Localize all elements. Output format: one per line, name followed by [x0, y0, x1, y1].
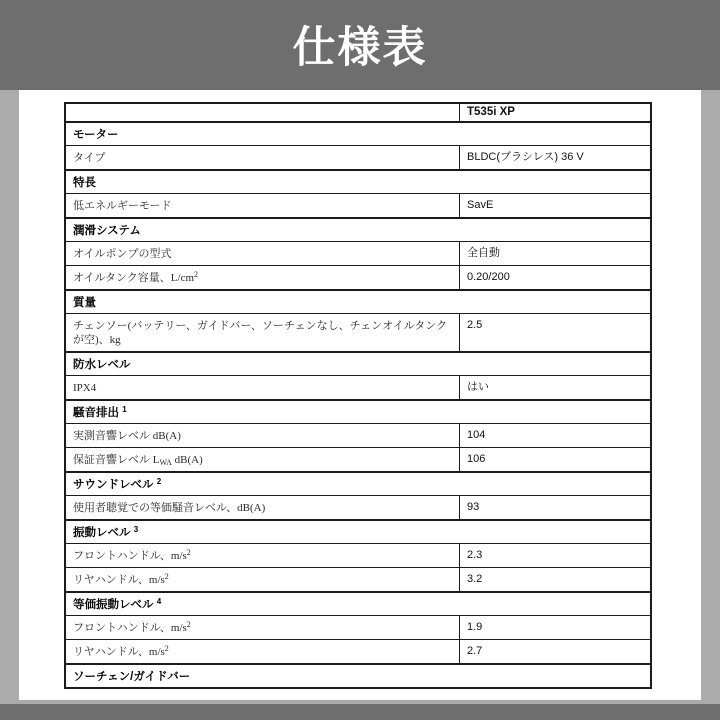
spec-label: 低エネルギーモード [66, 194, 460, 217]
title-banner: 仕様表 [0, 0, 720, 90]
section-row: 質量 [66, 289, 650, 313]
spec-label: オイルタンク容量、L/cm2 [66, 266, 460, 289]
section-row: 等価振動レベル 4 [66, 591, 650, 615]
table-row: IPX4はい [66, 375, 650, 399]
spec-label: タイプ [66, 146, 460, 169]
footnote-superscript: 3 [134, 525, 138, 534]
footnote-superscript: 2 [194, 270, 198, 279]
section-row: 潤滑システム [66, 217, 650, 241]
table-row: 使用者聴覚での等価騒音レベル、dB(A)93 [66, 495, 650, 519]
table-row: リヤハンドル、m/s22.7 [66, 639, 650, 663]
spec-value: 3.2 [460, 568, 650, 591]
spec-value: 104 [460, 424, 650, 447]
background: { "title": "仕様表", "colors": { "canvas_bg… [0, 0, 720, 720]
spec-label: IPX4 [66, 376, 460, 399]
table-row: フロントハンドル、m/s22.3 [66, 543, 650, 567]
spec-value: T535i XP [460, 104, 650, 121]
spec-label: チェンソー(バッテリー、ガイドバー、ソーチェンなし、チェンオイルタンクが空)、k… [66, 314, 460, 351]
spec-value: 93 [460, 496, 650, 519]
section-label: 質量 [66, 291, 650, 313]
section-row: 騒音排出 1 [66, 399, 650, 423]
footnote-superscript: 2 [157, 477, 161, 486]
footnote-superscript: 2 [165, 572, 169, 581]
table-row: 低エネルギーモードSavE [66, 193, 650, 217]
table-row: チェンソー(バッテリー、ガイドバー、ソーチェンなし、チェンオイルタンクが空)、k… [66, 313, 650, 351]
spec-value: 全自動 [460, 242, 650, 265]
document-viewer: T535i XPモータータイプBLDC(ブラシレス) 36 V特長低エネルギーモ… [0, 90, 720, 704]
spec-label: オイルポンプの型式 [66, 242, 460, 265]
table-row: 保証音響レベル LWA dB(A)106 [66, 447, 650, 471]
section-row: 特長 [66, 169, 650, 193]
spec-table: T535i XPモータータイプBLDC(ブラシレス) 36 V特長低エネルギーモ… [64, 102, 652, 689]
section-row: サウンドレベル 2 [66, 471, 650, 495]
spec-label: 使用者聴覚での等価騒音レベル、dB(A) [66, 496, 460, 519]
section-label: サウンドレベル 2 [66, 473, 650, 495]
section-label: モーター [66, 123, 650, 145]
section-label: 防水レベル [66, 353, 650, 375]
section-row: モーター [66, 121, 650, 145]
spec-label: リヤハンドル、m/s2 [66, 640, 460, 663]
section-row: 振動レベル 3 [66, 519, 650, 543]
section-label: 振動レベル 3 [66, 521, 650, 543]
document-page: T535i XPモータータイプBLDC(ブラシレス) 36 V特長低エネルギーモ… [19, 90, 701, 700]
section-row: ソーチェン/ガイドバー [66, 663, 650, 687]
subscript: WA [159, 458, 171, 467]
header-row: T535i XP [66, 104, 650, 121]
table-row: フロントハンドル、m/s21.9 [66, 615, 650, 639]
spec-label: フロントハンドル、m/s2 [66, 616, 460, 639]
footnote-superscript: 2 [165, 644, 169, 653]
section-label: 特長 [66, 171, 650, 193]
section-row: 防水レベル [66, 351, 650, 375]
spec-value: 1.9 [460, 616, 650, 639]
spec-value: 2.3 [460, 544, 650, 567]
section-label: 騒音排出 1 [66, 401, 650, 423]
section-label: 等価振動レベル 4 [66, 593, 650, 615]
spec-label: フロントハンドル、m/s2 [66, 544, 460, 567]
spec-label: 実測音響レベル dB(A) [66, 424, 460, 447]
footnote-superscript: 2 [187, 548, 191, 557]
page-title: 仕様表 [0, 14, 720, 75]
spec-value: はい [460, 376, 650, 399]
spec-value: 0.20/200 [460, 266, 650, 289]
footnote-superscript: 4 [157, 597, 161, 606]
spec-value: BLDC(ブラシレス) 36 V [460, 146, 650, 169]
spec-label [66, 104, 460, 121]
spec-label: 保証音響レベル LWA dB(A) [66, 448, 460, 471]
table-row: タイプBLDC(ブラシレス) 36 V [66, 145, 650, 169]
footnote-superscript: 2 [187, 620, 191, 629]
table-row: リヤハンドル、m/s23.2 [66, 567, 650, 591]
table-row: オイルタンク容量、L/cm20.20/200 [66, 265, 650, 289]
table-row: オイルポンプの型式全自動 [66, 241, 650, 265]
spec-value: 2.5 [460, 314, 650, 351]
section-label: 潤滑システム [66, 219, 650, 241]
spec-label: リヤハンドル、m/s2 [66, 568, 460, 591]
footnote-superscript: 1 [122, 405, 126, 414]
spec-value: 2.7 [460, 640, 650, 663]
section-label: ソーチェン/ガイドバー [66, 665, 650, 687]
table-row: 実測音響レベル dB(A)104 [66, 423, 650, 447]
spec-value: 106 [460, 448, 650, 471]
spec-value: SavE [460, 194, 650, 217]
